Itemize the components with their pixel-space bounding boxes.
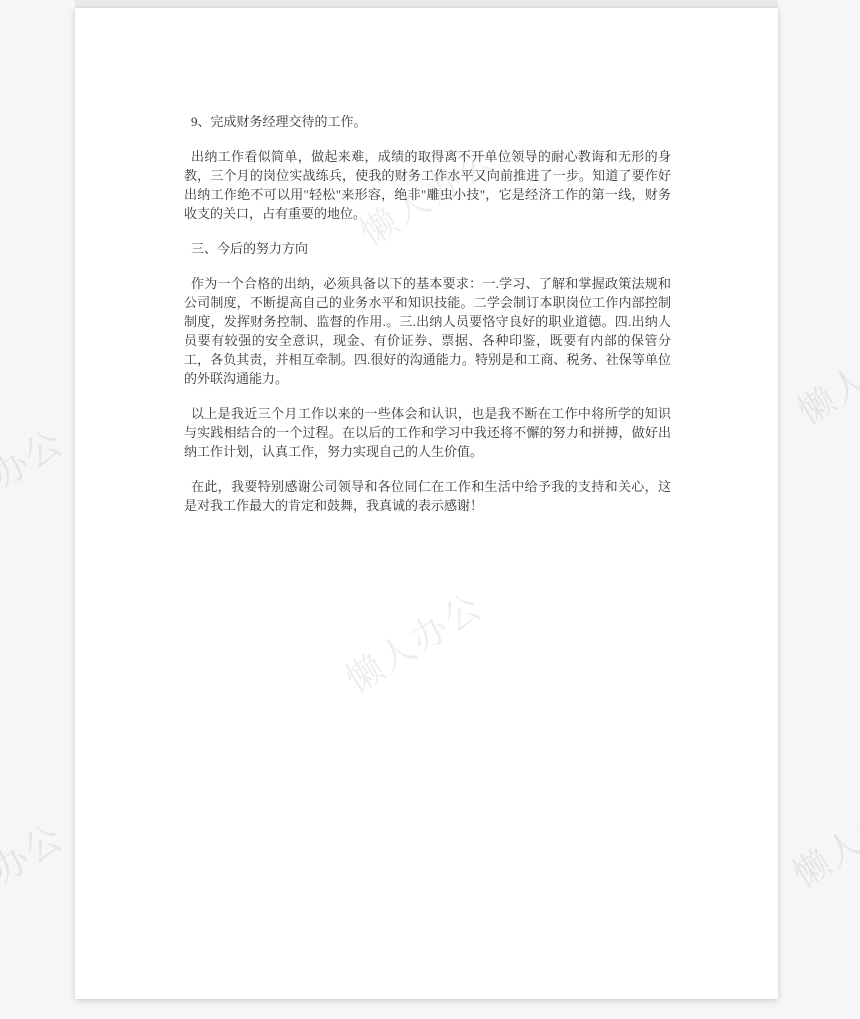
closing-paragraph: 在此，我要特别感谢公司领导和各位同仁在工作和生活中给予我的支持和关心，这是对我工… <box>184 477 671 515</box>
watermark: 懒人办公 <box>782 774 860 898</box>
section-heading-future-direction: 三、今后的努力方向 <box>184 239 671 258</box>
document-viewer: 9、完成财务经理交待的工作。 出纳工作看似简单，做起来难，成绩的取得离不开单位领… <box>0 0 860 1019</box>
watermark: 懒人办公 <box>0 415 72 539</box>
body-paragraph: 以上是我近三个月工作以来的一些体会和认识，也是我不断在工作中将所学的知识与实践相… <box>184 404 671 461</box>
document-page: 9、完成财务经理交待的工作。 出纳工作看似简单，做起来难，成绩的取得离不开单位领… <box>75 8 778 999</box>
page-gap-shadow <box>75 0 778 8</box>
body-paragraph: 出纳工作看似简单，做起来难，成绩的取得离不开单位领导的耐心教诲和无形的身教，三个… <box>184 147 671 223</box>
body-paragraph: 作为一个合格的出纳，必须具备以下的基本要求：一.学习、了解和掌握政策法规和公司制… <box>184 274 671 388</box>
list-item-9: 9、完成财务经理交待的工作。 <box>184 112 671 131</box>
document-body: 9、完成财务经理交待的工作。 出纳工作看似简单，做起来难，成绩的取得离不开单位领… <box>184 112 671 531</box>
watermark: 懒人办公 <box>787 311 860 435</box>
watermark: 懒人办公 <box>0 810 72 934</box>
